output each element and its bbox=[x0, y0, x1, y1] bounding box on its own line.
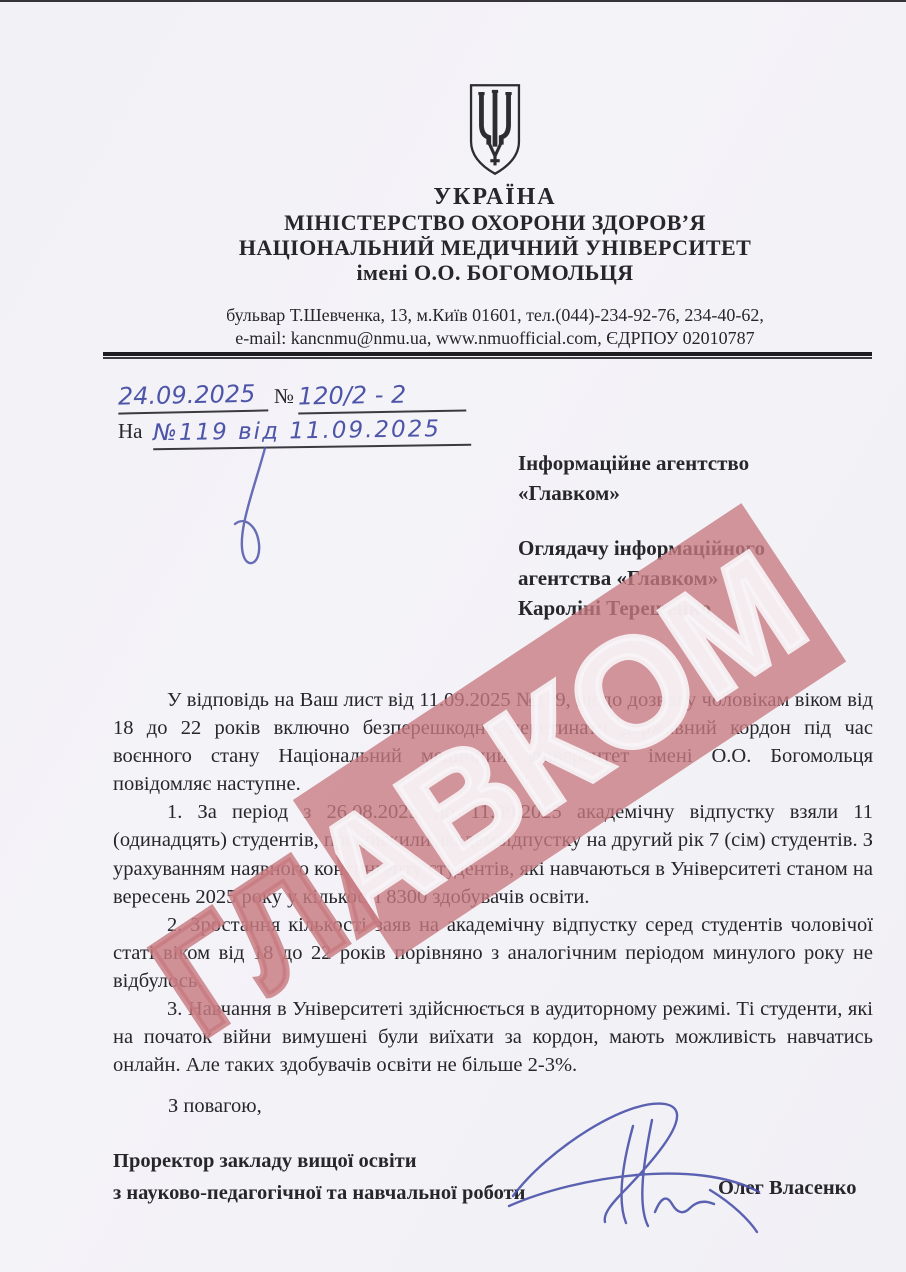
ukraine-trident-emblem-icon bbox=[460, 80, 530, 180]
letter-body: У відповідь на Ваш лист від 11.09.2025 №… bbox=[113, 686, 873, 1079]
recipient-agency-line2: «Главком» bbox=[518, 478, 818, 508]
outgoing-reference-row: 24.09.2025№120/2 - 2 bbox=[118, 381, 478, 413]
recipient-block: Інформаційне агентство «Главком» Оглядач… bbox=[518, 448, 818, 623]
salutation: З повагою, bbox=[168, 1095, 262, 1118]
outgoing-number-handwritten: 120/2 - 2 bbox=[298, 380, 467, 415]
recipient-agency-line1: Інформаційне агентство bbox=[518, 448, 818, 478]
paragraph-item-2: 2. Зростання кількості заяв на академічн… bbox=[113, 911, 873, 995]
address-line: бульвар Т.Шевченка, 13, м.Київ 01601, те… bbox=[88, 304, 902, 327]
incoming-reference-handwritten: №119 від 11.09.2025 bbox=[152, 416, 470, 450]
contacts-line: e-mail: kancnmu@nmu.ua, www.nmuofficial.… bbox=[88, 327, 902, 350]
outgoing-date-handwritten: 24.09.2025 bbox=[118, 379, 269, 414]
signer-title-line2: з науково-педагогічної та навчальної роб… bbox=[113, 1177, 525, 1209]
university-title: НАЦІОНАЛЬНИЙ МЕДИЧНИЙ УНІВЕРСИТЕТ bbox=[88, 235, 902, 260]
paragraph-item-1: 1. За період з 26.08.2025 по 11.09.2025 … bbox=[113, 798, 873, 910]
recipient-person-line2: агентства «Главком» bbox=[518, 563, 818, 593]
scan-edge-artifact bbox=[0, 0, 906, 2]
signer-title-block: Проректор закладу вищої освіти з науково… bbox=[113, 1145, 525, 1209]
letterhead-divider bbox=[103, 352, 872, 360]
paragraph-intro: У відповідь на Ваш лист від 11.09.2025 №… bbox=[113, 686, 873, 798]
number-sign-label: № bbox=[274, 384, 294, 408]
reply-to-label: На bbox=[118, 419, 143, 443]
paragraph-item-3: 3. Навчання в Університеті здійснюється … bbox=[113, 995, 873, 1079]
scanned-letter-page: УКРАЇНА МІНІСТЕРСТВО ОХОРОНИ ЗДОРОВ’Я НА… bbox=[0, 0, 906, 1272]
recipient-person-name: Кароліні Терещенко bbox=[518, 593, 818, 623]
signer-title-line1: Проректор закладу вищої освіти bbox=[113, 1145, 525, 1177]
handwritten-signature bbox=[505, 1092, 767, 1237]
recipient-person-line1: Оглядачу інформаційного bbox=[518, 533, 818, 563]
handwriting-descender-stroke bbox=[225, 446, 285, 586]
letterhead: УКРАЇНА МІНІСТЕРСТВО ОХОРОНИ ЗДОРОВ’Я НА… bbox=[88, 80, 902, 350]
university-named-after: імені О.О. БОГОМОЛЬЦЯ bbox=[88, 260, 902, 285]
ministry-title: МІНІСТЕРСТВО ОХОРОНИ ЗДОРОВ’Я bbox=[88, 210, 902, 235]
incoming-reference-row: На№119 від 11.09.2025 bbox=[118, 418, 488, 448]
country-title: УКРАЇНА bbox=[88, 184, 902, 210]
contact-block: бульвар Т.Шевченка, 13, м.Київ 01601, те… bbox=[88, 304, 902, 350]
